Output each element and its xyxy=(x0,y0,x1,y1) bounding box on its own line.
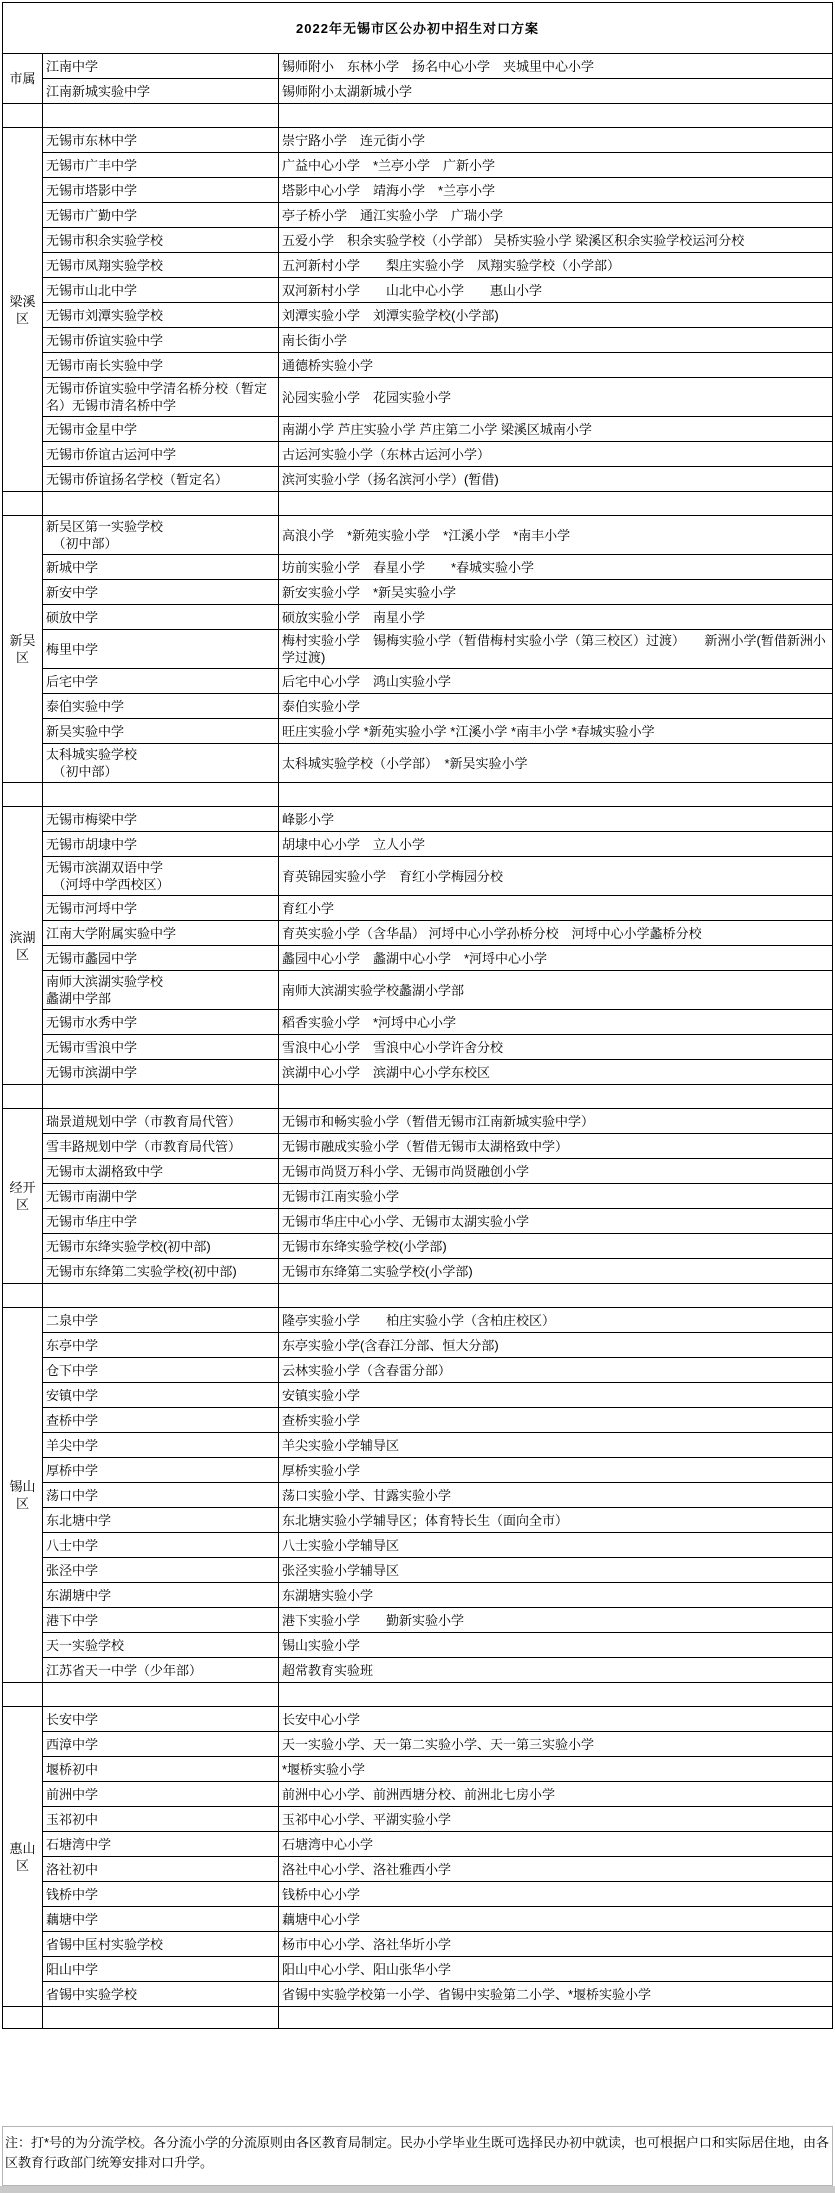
middle-school-cell: 南师大滨湖实验学校 蠡湖中学部 xyxy=(43,971,279,1010)
empty-cell xyxy=(43,1284,279,1308)
middle-school-cell: 无锡市金星中学 xyxy=(43,417,279,442)
middle-school-cell: 前洲中学 xyxy=(43,1782,279,1807)
primary-schools-cell: 梅村实验小学 锡梅实验小学（暂借梅村实验小学（第三校区）过渡） 新洲小学(暂借新… xyxy=(279,630,833,669)
middle-school-cell: 无锡市积余实验学校 xyxy=(43,228,279,253)
middle-school-cell: 东亭中学 xyxy=(43,1333,279,1358)
middle-school-cell: 省锡中实验学校 xyxy=(43,1982,279,2007)
table-row: 天一实验学校锡山实验小学 xyxy=(3,1633,833,1658)
primary-schools-cell: 南师大滨湖实验学校蠡湖小学部 xyxy=(279,971,833,1010)
table-row: 无锡市南长实验中学通德桥实验小学 xyxy=(3,353,833,378)
primary-schools-cell: 硕放实验小学 南星小学 xyxy=(279,605,833,630)
middle-school-cell: 钱桥中学 xyxy=(43,1882,279,1907)
table-row: 新城中学坊前实验小学 春星小学 *春城实验小学 xyxy=(3,555,833,580)
primary-schools-cell: 古运河实验小学（东林古运河小学） xyxy=(279,442,833,467)
middle-school-cell: 港下中学 xyxy=(43,1608,279,1633)
middle-school-cell: 太科城实验学校 （初中部） xyxy=(43,744,279,783)
middle-school-cell: 西漳中学 xyxy=(43,1732,279,1757)
district-cell: 经开区 xyxy=(3,1109,43,1284)
primary-schools-cell: 玉祁中心小学、平湖实验小学 xyxy=(279,1807,833,1832)
primary-schools-cell: 胡埭中心小学 立人小学 xyxy=(279,832,833,857)
middle-school-cell: 八士中学 xyxy=(43,1533,279,1558)
spacer-row xyxy=(3,1085,833,1109)
table-row: 硕放中学硕放实验小学 南星小学 xyxy=(3,605,833,630)
table-row: 玉祁初中玉祁中心小学、平湖实验小学 xyxy=(3,1807,833,1832)
primary-schools-cell: 南长街小学 xyxy=(279,328,833,353)
table-row: 藕塘中学藕塘中心小学 xyxy=(3,1907,833,1932)
middle-school-cell: 无锡市侨谊扬名学校（暂定名） xyxy=(43,467,279,492)
primary-schools-cell: 沁园实验小学 花园实验小学 xyxy=(279,378,833,417)
primary-schools-cell: 太科城实验学校（小学部） *新吴实验小学 xyxy=(279,744,833,783)
district-cell: 惠山区 xyxy=(3,1707,43,2007)
primary-schools-cell: 育红小学 xyxy=(279,896,833,921)
table-row: 省锡中实验学校省锡中实验学校第一小学、省锡中实验第二小学、*堰桥实验小学 xyxy=(3,1982,833,2007)
primary-schools-cell: 滨河实验小学（扬名滨河小学）(暂借) xyxy=(279,467,833,492)
middle-school-cell: 安镇中学 xyxy=(43,1383,279,1408)
table-row: 无锡市雪浪中学雪浪中心小学 雪浪中心小学许舍分校 xyxy=(3,1035,833,1060)
middle-school-cell: 无锡市蠡园中学 xyxy=(43,946,279,971)
table-row: 南师大滨湖实验学校 蠡湖中学部南师大滨湖实验学校蠡湖小学部 xyxy=(3,971,833,1010)
middle-school-cell: 无锡市滨湖双语中学 （河埒中学西校区） xyxy=(43,857,279,896)
table-row: 无锡市侨谊扬名学校（暂定名）滨河实验小学（扬名滨河小学）(暂借) xyxy=(3,467,833,492)
empty-cell xyxy=(43,104,279,128)
empty-cell xyxy=(43,1085,279,1109)
table-row: 无锡市河埒中学育红小学 xyxy=(3,896,833,921)
table-row: 江苏省天一中学（少年部）超常教育实验班 xyxy=(3,1658,833,1683)
middle-school-cell: 无锡市河埒中学 xyxy=(43,896,279,921)
empty-cell xyxy=(3,1284,43,1308)
primary-schools-cell: 锡师附小 东林小学 扬名中心小学 夹城里中心小学 xyxy=(279,54,833,79)
middle-school-cell: 新城中学 xyxy=(43,555,279,580)
primary-schools-cell: 张泾实验小学辅导区 xyxy=(279,1558,833,1583)
primary-schools-cell: 无锡市尚贤万科小学、无锡市尚贤融创小学 xyxy=(279,1159,833,1184)
primary-schools-cell: 五爱小学 积余实验学校（小学部） 吴桥实验小学 梁溪区积余实验学校运河分校 xyxy=(279,228,833,253)
middle-school-cell: 无锡市水秀中学 xyxy=(43,1010,279,1035)
table-row: 市属江南中学锡师附小 东林小学 扬名中心小学 夹城里中心小学 xyxy=(3,54,833,79)
primary-schools-cell: 荡口实验小学、甘露实验小学 xyxy=(279,1483,833,1508)
table-row: 查桥中学查桥实验小学 xyxy=(3,1408,833,1433)
title-row: 2022年无锡市区公办初中招生对口方案 xyxy=(3,3,833,54)
primary-schools-cell: 塔影中心小学 靖海小学 *兰亭小学 xyxy=(279,178,833,203)
middle-school-cell: 无锡市梅梁中学 xyxy=(43,807,279,832)
primary-schools-cell: 亭子桥小学 通江实验小学 广瑞小学 xyxy=(279,203,833,228)
middle-school-cell: 无锡市东林中学 xyxy=(43,128,279,153)
empty-cell xyxy=(3,104,43,128)
empty-cell xyxy=(3,2007,43,2029)
table-row: 惠山区长安中学长安中心小学 xyxy=(3,1707,833,1732)
table-row: 无锡市广丰中学广益中心小学 *兰亭小学 广新小学 xyxy=(3,153,833,178)
empty-cell xyxy=(3,492,43,516)
primary-schools-cell: 锡山实验小学 xyxy=(279,1633,833,1658)
empty-cell xyxy=(43,2007,279,2029)
primary-schools-cell: 石塘湾中心小学 xyxy=(279,1832,833,1857)
table-row: 张泾中学张泾实验小学辅导区 xyxy=(3,1558,833,1583)
middle-school-cell: 羊尖中学 xyxy=(43,1433,279,1458)
table-row: 无锡市积余实验学校五爱小学 积余实验学校（小学部） 吴桥实验小学 梁溪区积余实验… xyxy=(3,228,833,253)
middle-school-cell: 长安中学 xyxy=(43,1707,279,1732)
table-row: 阳山中学阳山中心小学、阳山张华小学 xyxy=(3,1957,833,1982)
empty-cell xyxy=(43,492,279,516)
middle-school-cell: 查桥中学 xyxy=(43,1408,279,1433)
empty-cell xyxy=(3,1085,43,1109)
table-row: 省锡中匡村实验学校杨市中心小学、洛社华圻小学 xyxy=(3,1932,833,1957)
table-row: 荡口中学荡口实验小学、甘露实验小学 xyxy=(3,1483,833,1508)
middle-school-cell: 无锡市胡埭中学 xyxy=(43,832,279,857)
table-row: 八士中学八士实验小学辅导区 xyxy=(3,1533,833,1558)
primary-schools-cell: 蠡园中心小学 蠡湖中心小学 *河埒中心小学 xyxy=(279,946,833,971)
table-row: 前洲中学前洲中心小学、前洲西塘分校、前洲北七房小学 xyxy=(3,1782,833,1807)
primary-schools-cell: 省锡中实验学校第一小学、省锡中实验第二小学、*堰桥实验小学 xyxy=(279,1982,833,2007)
table-row: 无锡市塔影中学塔影中心小学 靖海小学 *兰亭小学 xyxy=(3,178,833,203)
primary-schools-cell: 羊尖实验小学辅导区 xyxy=(279,1433,833,1458)
middle-school-cell: 无锡市塔影中学 xyxy=(43,178,279,203)
middle-school-cell: 石塘湾中学 xyxy=(43,1832,279,1857)
primary-schools-cell: 稻香实验小学 *河埒中心小学 xyxy=(279,1010,833,1035)
middle-school-cell: 后宅中学 xyxy=(43,669,279,694)
primary-schools-cell: 厚桥实验小学 xyxy=(279,1458,833,1483)
table-row: 后宅中学后宅中心小学 鸿山实验小学 xyxy=(3,669,833,694)
primary-schools-cell: 钱桥中心小学 xyxy=(279,1882,833,1907)
middle-school-cell: 无锡市华庄中学 xyxy=(43,1209,279,1234)
table-row: 新吴实验中学旺庄实验小学 *新苑实验小学 *江溪小学 *南丰小学 *春城实验小学 xyxy=(3,719,833,744)
table-row: 锡山区二泉中学隆亭实验小学 柏庄实验小学（含柏庄校区） xyxy=(3,1308,833,1333)
middle-school-cell: 张泾中学 xyxy=(43,1558,279,1583)
table-body: 市属江南中学锡师附小 东林小学 扬名中心小学 夹城里中心小学江南新城实验中学锡师… xyxy=(3,54,833,2029)
middle-school-cell: 无锡市侨谊实验中学清名桥分校（暂定名）无锡市清名桥中学 xyxy=(43,378,279,417)
table-row: 江南新城实验中学锡师附小太湖新城小学 xyxy=(3,79,833,104)
table-row: 太科城实验学校 （初中部）太科城实验学校（小学部） *新吴实验小学 xyxy=(3,744,833,783)
table-row: 安镇中学安镇实验小学 xyxy=(3,1383,833,1408)
middle-school-cell: 洛社初中 xyxy=(43,1857,279,1882)
empty-cell xyxy=(279,2007,833,2029)
middle-school-cell: 新吴实验中学 xyxy=(43,719,279,744)
primary-schools-cell: 无锡市江南实验小学 xyxy=(279,1184,833,1209)
primary-schools-cell: 港下实验小学 勤新实验小学 xyxy=(279,1608,833,1633)
primary-schools-cell: 查桥实验小学 xyxy=(279,1408,833,1433)
primary-schools-cell: 双河新村小学 山北中心小学 惠山小学 xyxy=(279,278,833,303)
table-row: 梁溪区无锡市东林中学崇宁路小学 连元街小学 xyxy=(3,128,833,153)
empty-cell xyxy=(3,783,43,807)
empty-cell xyxy=(279,1085,833,1109)
page-title: 2022年无锡市区公办初中招生对口方案 xyxy=(3,3,833,54)
table-row: 东亭中学东亭实验小学(含春江分部、恒大分部) xyxy=(3,1333,833,1358)
middle-school-cell: 无锡市广丰中学 xyxy=(43,153,279,178)
middle-school-cell: 阳山中学 xyxy=(43,1957,279,1982)
middle-school-cell: 无锡市山北中学 xyxy=(43,278,279,303)
table-row: 无锡市滨湖中学滨湖中心小学 滨湖中心小学东校区 xyxy=(3,1060,833,1085)
middle-school-cell: 堰桥初中 xyxy=(43,1757,279,1782)
primary-schools-cell: 通德桥实验小学 xyxy=(279,353,833,378)
table-row: 无锡市山北中学双河新村小学 山北中心小学 惠山小学 xyxy=(3,278,833,303)
middle-school-cell: 东北塘中学 xyxy=(43,1508,279,1533)
middle-school-cell: 厚桥中学 xyxy=(43,1458,279,1483)
table-row: 无锡市东绛第二实验学校(初中部)无锡市东绛第二实验学校(小学部) xyxy=(3,1259,833,1284)
middle-school-cell: 藕塘中学 xyxy=(43,1907,279,1932)
middle-school-cell: 硕放中学 xyxy=(43,605,279,630)
table-row: 东湖塘中学东湖塘实验小学 xyxy=(3,1583,833,1608)
spacer-row xyxy=(3,492,833,516)
table-row: 无锡市华庄中学无锡市华庄中心小学、无锡市太湖实验小学 xyxy=(3,1209,833,1234)
empty-cell xyxy=(279,104,833,128)
table-row: 无锡市侨谊实验中学南长街小学 xyxy=(3,328,833,353)
middle-school-cell: 瑞景道规划中学（市教育局代管） xyxy=(43,1109,279,1134)
table-row: 东北塘中学东北塘实验小学辅导区；体育特长生（面向全市） xyxy=(3,1508,833,1533)
table-row: 仓下中学云林实验小学（含春雷分部） xyxy=(3,1358,833,1383)
table-row: 西漳中学天一实验小学、天一第二实验小学、天一第三实验小学 xyxy=(3,1732,833,1757)
spacer-row xyxy=(3,2007,833,2029)
primary-schools-cell: 育英锦园实验小学 育红小学梅园分校 xyxy=(279,857,833,896)
middle-school-cell: 无锡市侨谊实验中学 xyxy=(43,328,279,353)
middle-school-cell: 二泉中学 xyxy=(43,1308,279,1333)
primary-schools-cell: 长安中心小学 xyxy=(279,1707,833,1732)
middle-school-cell: 东湖塘中学 xyxy=(43,1583,279,1608)
table-row: 无锡市蠡园中学蠡园中心小学 蠡湖中心小学 *河埒中心小学 xyxy=(3,946,833,971)
table-row: 无锡市胡埭中学胡埭中心小学 立人小学 xyxy=(3,832,833,857)
empty-cell xyxy=(43,783,279,807)
middle-school-cell: 梅里中学 xyxy=(43,630,279,669)
table-row: 无锡市凤翔实验学校五河新村小学 梨庄实验小学 凤翔实验学校（小学部） xyxy=(3,253,833,278)
primary-schools-cell: 广益中心小学 *兰亭小学 广新小学 xyxy=(279,153,833,178)
table-row: 江南大学附属实验中学育英实验小学（含华晶） 河埒中心小学孙桥分校 河埒中心小学蠡… xyxy=(3,921,833,946)
district-cell: 市属 xyxy=(3,54,43,104)
primary-schools-cell: 洛社中心小学、洛社雅西小学 xyxy=(279,1857,833,1882)
middle-school-cell: 新吴区第一实验学校 （初中部） xyxy=(43,516,279,555)
middle-school-cell: 无锡市滨湖中学 xyxy=(43,1060,279,1085)
primary-schools-cell: 天一实验小学、天一第二实验小学、天一第三实验小学 xyxy=(279,1732,833,1757)
district-cell: 新吴区 xyxy=(3,516,43,783)
primary-schools-cell: 东北塘实验小学辅导区；体育特长生（面向全市） xyxy=(279,1508,833,1533)
primary-schools-cell: 新安实验小学 *新吴实验小学 xyxy=(279,580,833,605)
middle-school-cell: 江苏省天一中学（少年部） xyxy=(43,1658,279,1683)
primary-schools-cell: 无锡市东绛实验学校(小学部) xyxy=(279,1234,833,1259)
district-cell: 锡山区 xyxy=(3,1308,43,1683)
spacer-row xyxy=(3,1284,833,1308)
middle-school-cell: 玉祁初中 xyxy=(43,1807,279,1832)
middle-school-cell: 无锡市凤翔实验学校 xyxy=(43,253,279,278)
primary-schools-cell: 无锡市东绛第二实验学校(小学部) xyxy=(279,1259,833,1284)
table-row: 无锡市金星中学南湖小学 芦庄实验小学 芦庄第二小学 梁溪区城南小学 xyxy=(3,417,833,442)
middle-school-cell: 江南中学 xyxy=(43,54,279,79)
primary-schools-cell: 刘潭实验小学 刘潭实验学校(小学部) xyxy=(279,303,833,328)
table-row: 无锡市广勤中学亭子桥小学 通江实验小学 广瑞小学 xyxy=(3,203,833,228)
middle-school-cell: 无锡市东绛第二实验学校(初中部) xyxy=(43,1259,279,1284)
middle-school-cell: 泰伯实验中学 xyxy=(43,694,279,719)
primary-schools-cell: 坊前实验小学 春星小学 *春城实验小学 xyxy=(279,555,833,580)
enrollment-table: 2022年无锡市区公办初中招生对口方案 市属江南中学锡师附小 东林小学 扬名中心… xyxy=(2,2,833,2029)
spacer-row xyxy=(3,104,833,128)
primary-schools-cell: 东亭实验小学(含春江分部、恒大分部) xyxy=(279,1333,833,1358)
table-row: 新吴区新吴区第一实验学校 （初中部）高浪小学 *新苑实验小学 *江溪小学 *南丰… xyxy=(3,516,833,555)
primary-schools-cell: 泰伯实验小学 xyxy=(279,694,833,719)
middle-school-cell: 江南新城实验中学 xyxy=(43,79,279,104)
primary-schools-cell: 滨湖中心小学 滨湖中心小学东校区 xyxy=(279,1060,833,1085)
table-row: 洛社初中洛社中心小学、洛社雅西小学 xyxy=(3,1857,833,1882)
table-row: 无锡市水秀中学稻香实验小学 *河埒中心小学 xyxy=(3,1010,833,1035)
table-row: 无锡市侨谊实验中学清名桥分校（暂定名）无锡市清名桥中学沁园实验小学 花园实验小学 xyxy=(3,378,833,417)
table-row: 雪丰路规划中学（市教育局代管）无锡市融成实验小学（暂借无锡市太湖格致中学） xyxy=(3,1134,833,1159)
table-row: 钱桥中学钱桥中心小学 xyxy=(3,1882,833,1907)
middle-school-cell: 无锡市刘潭实验学校 xyxy=(43,303,279,328)
table-row: 经开区瑞景道规划中学（市教育局代管）无锡市和畅实验小学（暂借无锡市江南新城实验中… xyxy=(3,1109,833,1134)
middle-school-cell: 无锡市南湖中学 xyxy=(43,1184,279,1209)
district-cell: 梁溪区 xyxy=(3,128,43,492)
primary-schools-cell: 东湖塘实验小学 xyxy=(279,1583,833,1608)
primary-schools-cell: 崇宁路小学 连元街小学 xyxy=(279,128,833,153)
table-row: 港下中学港下实验小学 勤新实验小学 xyxy=(3,1608,833,1633)
middle-school-cell: 江南大学附属实验中学 xyxy=(43,921,279,946)
table-row: 梅里中学梅村实验小学 锡梅实验小学（暂借梅村实验小学（第三校区）过渡） 新洲小学… xyxy=(3,630,833,669)
window-bottom-strip xyxy=(0,2186,835,2193)
primary-schools-cell: 旺庄实验小学 *新苑实验小学 *江溪小学 *南丰小学 *春城实验小学 xyxy=(279,719,833,744)
table-row: 石塘湾中学石塘湾中心小学 xyxy=(3,1832,833,1857)
enrollment-plan-sheet: 2022年无锡市区公办初中招生对口方案 市属江南中学锡师附小 东林小学 扬名中心… xyxy=(2,2,833,2029)
primary-schools-cell: 育英实验小学（含华晶） 河埒中心小学孙桥分校 河埒中心小学蠡桥分校 xyxy=(279,921,833,946)
empty-cell xyxy=(279,783,833,807)
middle-school-cell: 新安中学 xyxy=(43,580,279,605)
table-row: 无锡市南湖中学无锡市江南实验小学 xyxy=(3,1184,833,1209)
middle-school-cell: 无锡市侨谊古运河中学 xyxy=(43,442,279,467)
middle-school-cell: 雪丰路规划中学（市教育局代管） xyxy=(43,1134,279,1159)
table-row: 滨湖区无锡市梅梁中学峰影小学 xyxy=(3,807,833,832)
middle-school-cell: 仓下中学 xyxy=(43,1358,279,1383)
primary-schools-cell: 杨市中心小学、洛社华圻小学 xyxy=(279,1932,833,1957)
middle-school-cell: 天一实验学校 xyxy=(43,1633,279,1658)
middle-school-cell: 无锡市南长实验中学 xyxy=(43,353,279,378)
primary-schools-cell: 藕塘中心小学 xyxy=(279,1907,833,1932)
middle-school-cell: 无锡市东绛实验学校(初中部) xyxy=(43,1234,279,1259)
middle-school-cell: 省锡中匡村实验学校 xyxy=(43,1932,279,1957)
middle-school-cell: 无锡市雪浪中学 xyxy=(43,1035,279,1060)
primary-schools-cell: 高浪小学 *新苑实验小学 *江溪小学 *南丰小学 xyxy=(279,516,833,555)
table-row: 无锡市刘潭实验学校刘潭实验小学 刘潭实验学校(小学部) xyxy=(3,303,833,328)
primary-schools-cell: 后宅中心小学 鸿山实验小学 xyxy=(279,669,833,694)
table-row: 无锡市东绛实验学校(初中部)无锡市东绛实验学校(小学部) xyxy=(3,1234,833,1259)
empty-cell xyxy=(279,1683,833,1707)
primary-schools-cell: 雪浪中心小学 雪浪中心小学许舍分校 xyxy=(279,1035,833,1060)
primary-schools-cell: 八士实验小学辅导区 xyxy=(279,1533,833,1558)
middle-school-cell: 无锡市太湖格致中学 xyxy=(43,1159,279,1184)
primary-schools-cell: 阳山中心小学、阳山张华小学 xyxy=(279,1957,833,1982)
middle-school-cell: 荡口中学 xyxy=(43,1483,279,1508)
primary-schools-cell: 前洲中心小学、前洲西塘分校、前洲北七房小学 xyxy=(279,1782,833,1807)
table-row: 无锡市滨湖双语中学 （河埒中学西校区）育英锦园实验小学 育红小学梅园分校 xyxy=(3,857,833,896)
table-row: 堰桥初中*堰桥实验小学 xyxy=(3,1757,833,1782)
primary-schools-cell: 无锡市融成实验小学（暂借无锡市太湖格致中学） xyxy=(279,1134,833,1159)
district-cell: 滨湖区 xyxy=(3,807,43,1085)
primary-schools-cell: 超常教育实验班 xyxy=(279,1658,833,1683)
primary-schools-cell: *堰桥实验小学 xyxy=(279,1757,833,1782)
empty-cell xyxy=(279,1284,833,1308)
spacer-row xyxy=(3,783,833,807)
empty-cell xyxy=(43,1683,279,1707)
primary-schools-cell: 无锡市和畅实验小学（暂借无锡市江南新城实验中学） xyxy=(279,1109,833,1134)
footnote-box: 注：打*号的为分流学校。各分流小学的分流原则由各区教育局制定。民办小学毕业生既可… xyxy=(2,2126,833,2186)
table-row: 新安中学新安实验小学 *新吴实验小学 xyxy=(3,580,833,605)
table-row: 羊尖中学羊尖实验小学辅导区 xyxy=(3,1433,833,1458)
footnote-text: 注：打*号的为分流学校。各分流小学的分流原则由各区教育局制定。民办小学毕业生既可… xyxy=(5,2133,830,2173)
table-row: 无锡市太湖格致中学无锡市尚贤万科小学、无锡市尚贤融创小学 xyxy=(3,1159,833,1184)
primary-schools-cell: 隆亭实验小学 柏庄实验小学（含柏庄校区） xyxy=(279,1308,833,1333)
primary-schools-cell: 安镇实验小学 xyxy=(279,1383,833,1408)
empty-cell xyxy=(279,492,833,516)
spacer-row xyxy=(3,1683,833,1707)
primary-schools-cell: 锡师附小太湖新城小学 xyxy=(279,79,833,104)
primary-schools-cell: 无锡市华庄中心小学、无锡市太湖实验小学 xyxy=(279,1209,833,1234)
primary-schools-cell: 云林实验小学（含春雷分部） xyxy=(279,1358,833,1383)
empty-cell xyxy=(3,1683,43,1707)
primary-schools-cell: 五河新村小学 梨庄实验小学 凤翔实验学校（小学部） xyxy=(279,253,833,278)
table-row: 泰伯实验中学泰伯实验小学 xyxy=(3,694,833,719)
table-row: 无锡市侨谊古运河中学古运河实验小学（东林古运河小学） xyxy=(3,442,833,467)
table-row: 厚桥中学厚桥实验小学 xyxy=(3,1458,833,1483)
middle-school-cell: 无锡市广勤中学 xyxy=(43,203,279,228)
primary-schools-cell: 峰影小学 xyxy=(279,807,833,832)
primary-schools-cell: 南湖小学 芦庄实验小学 芦庄第二小学 梁溪区城南小学 xyxy=(279,417,833,442)
